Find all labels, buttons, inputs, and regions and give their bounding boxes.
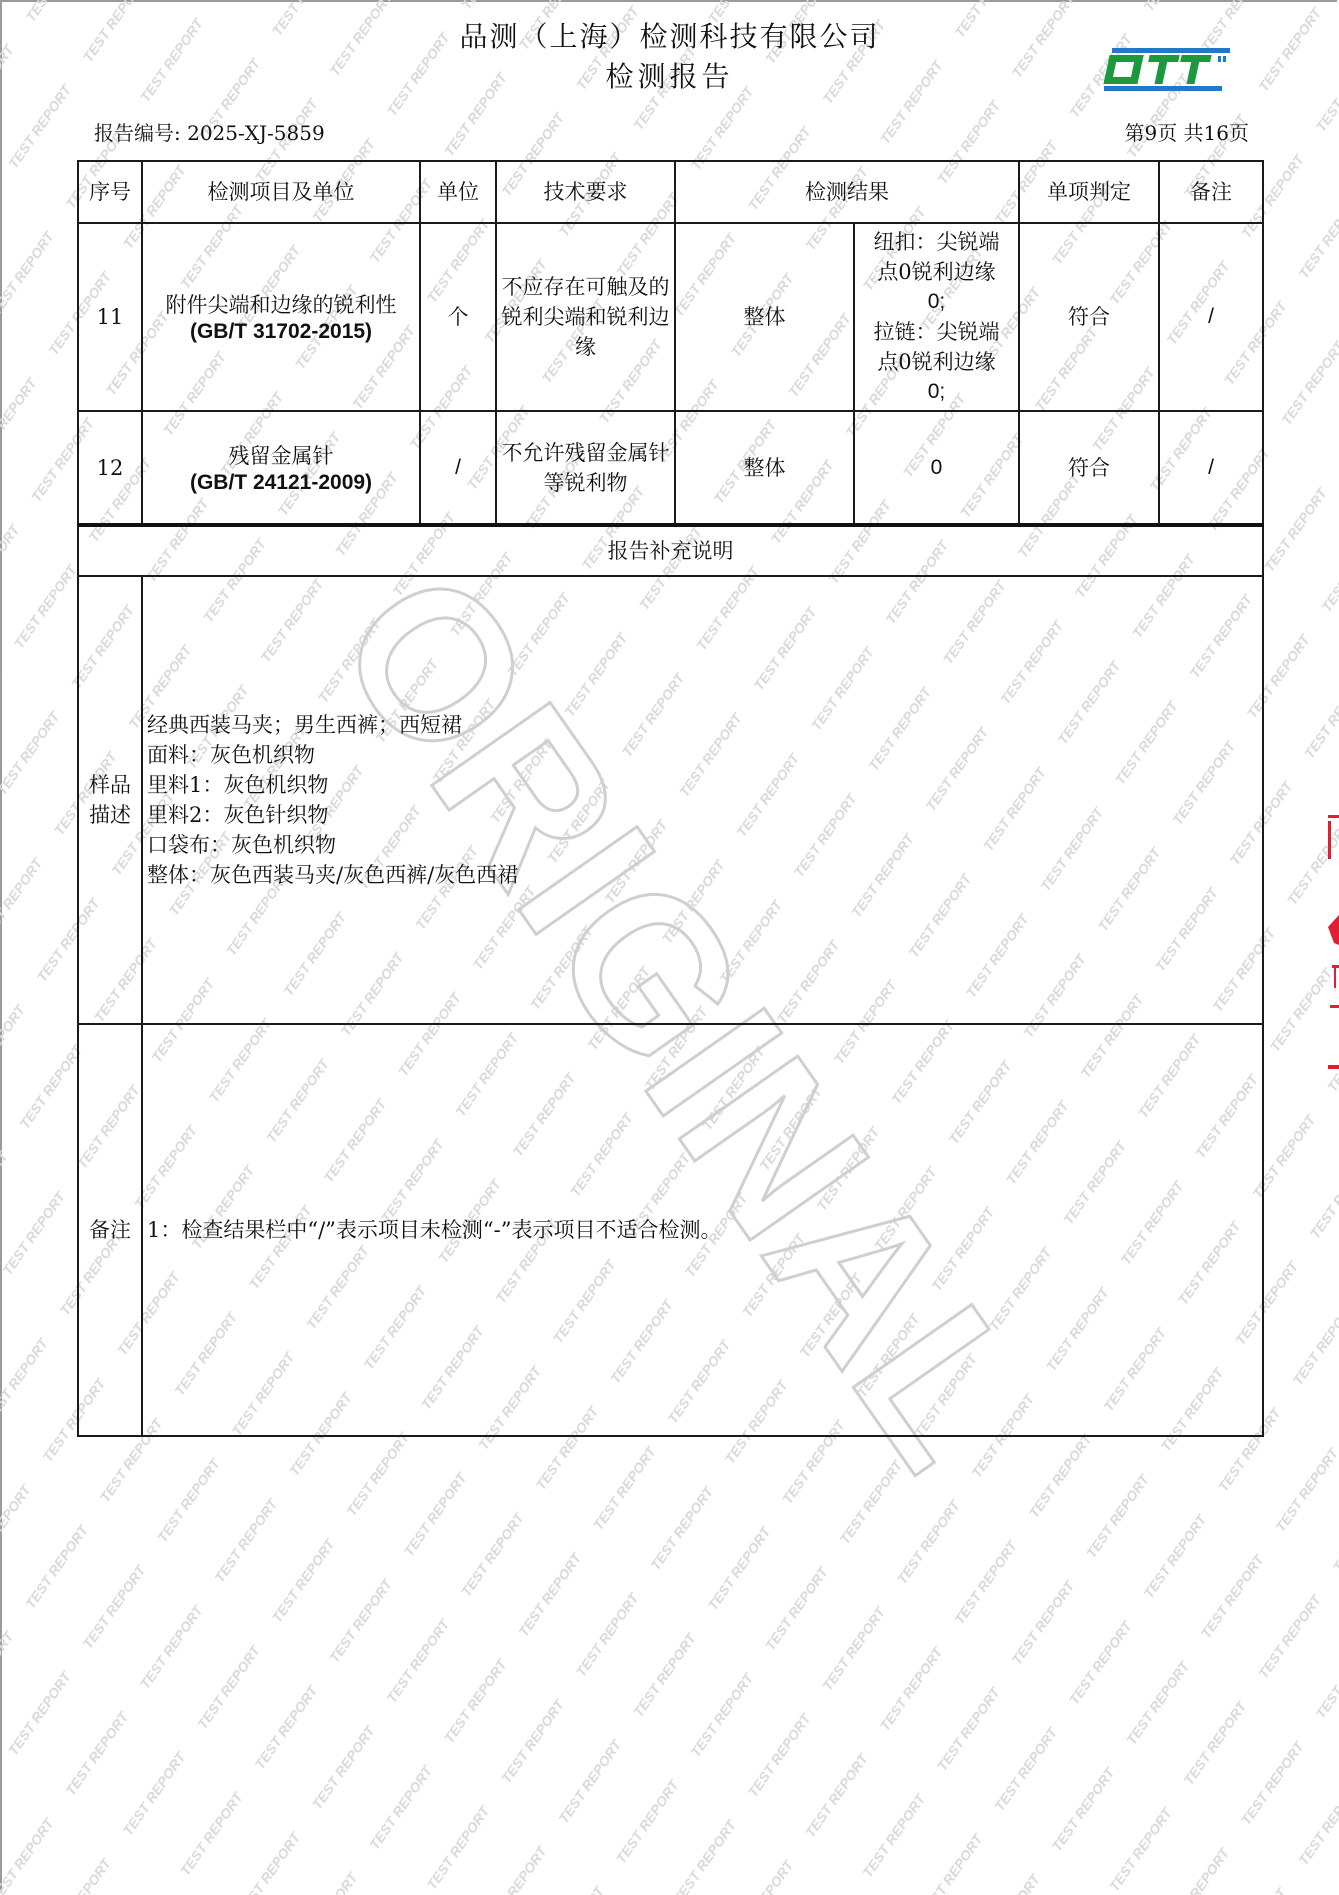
sample-label-line: 样品 — [79, 770, 141, 800]
sample-line: 里料1：灰色机织物 — [147, 770, 1262, 800]
result-line: 拉链：尖锐端 — [855, 317, 1018, 347]
sample-line: 口袋布：灰色机织物 — [147, 830, 1262, 860]
col-header-judgement: 单项判定 — [1019, 161, 1159, 223]
table-row: 11 附件尖端和边缘的锐利性 (GB/T 31702-2015) 个 不应存在可… — [78, 223, 1263, 411]
requirement-text: 不应存在可触及的锐利尖端和锐利边缘 — [497, 272, 674, 362]
item-name: 残留金属针 — [229, 444, 334, 468]
col-header-unit: 单位 — [420, 161, 496, 223]
col-header-requirement: 技术要求 — [496, 161, 675, 223]
sample-label-line: 描述 — [79, 800, 141, 830]
page-info: 第9页 共16页 — [1124, 120, 1249, 146]
row-remark: / — [1159, 411, 1263, 525]
item-name: 附件尖端和边缘的锐利性 — [166, 293, 397, 317]
sample-line: 经典西装马夹；男生西裤；西短裙 — [147, 710, 1262, 740]
result-line: 点0锐利边缘 — [855, 257, 1018, 287]
red-seal-fragment-icon — [1322, 815, 1339, 1075]
row-requirement: 不应存在可触及的锐利尖端和锐利边缘 — [496, 223, 675, 411]
test-results-table: 序号 检测项目及单位 单位 技术要求 检测结果 单项判定 备注 11 附件尖端和… — [77, 160, 1264, 1437]
supplement-header-row: 报告补充说明 — [78, 525, 1263, 576]
sample-line: 面料：灰色机织物 — [147, 740, 1262, 770]
notes-row: 备注 1：检查结果栏中“/”表示项目未检测“-”表示项目不适合检测。 — [78, 1024, 1263, 1436]
table-header-row: 序号 检测项目及单位 单位 技术要求 检测结果 单项判定 备注 — [78, 161, 1263, 223]
sample-line: 整体：灰色西装马夹/灰色西裤/灰色西裙 — [147, 860, 1262, 890]
row-judgement: 符合 — [1019, 411, 1159, 525]
row-requirement: 不允许残留金属针等锐利物 — [496, 411, 675, 525]
item-standard: (GB/T 31702-2015) — [143, 320, 419, 344]
sample-line: 里料2：灰色针织物 — [147, 800, 1262, 830]
report-number-label: 报告编号: — [94, 121, 181, 145]
sample-description-row: 样品 描述 经典西装马夹；男生西裤；西短裙 面料：灰色机织物 里料1：灰色机织物… — [78, 576, 1263, 1024]
row-result-detail: 纽扣：尖锐端 点0锐利边缘 0; 拉链：尖锐端 点0锐利边缘 0; — [854, 223, 1019, 411]
notes-label: 备注 — [78, 1024, 142, 1436]
item-standard: (GB/T 24121-2009) — [143, 471, 419, 495]
result-line: 纽扣：尖锐端 — [855, 227, 1018, 257]
row-remark: / — [1159, 223, 1263, 411]
sample-description: 经典西装马夹；男生西裤；西短裙 面料：灰色机织物 里料1：灰色机织物 里料2：灰… — [142, 576, 1263, 1024]
col-header-remark: 备注 — [1159, 161, 1263, 223]
row-result-detail: 0 — [854, 411, 1019, 525]
requirement-text: 不允许残留金属针等锐利物 — [497, 438, 674, 498]
row-no: 11 — [78, 223, 142, 411]
col-header-no: 序号 — [78, 161, 142, 223]
report-number-value: 2025-XJ-5859 — [187, 121, 325, 145]
result-line: 0; — [855, 287, 1018, 317]
qtt-logo-icon — [1098, 44, 1236, 96]
row-result-part: 整体 — [675, 411, 854, 525]
table-row: 12 残留金属针 (GB/T 24121-2009) / 不允许残留金属针等锐利… — [78, 411, 1263, 525]
row-result-part: 整体 — [675, 223, 854, 411]
report-number: 报告编号: 2025-XJ-5859 — [94, 120, 325, 146]
col-header-result: 检测结果 — [675, 161, 1019, 223]
result-line: 点0锐利边缘 — [855, 347, 1018, 377]
row-no: 12 — [78, 411, 142, 525]
row-judgement: 符合 — [1019, 223, 1159, 411]
result-line: 0; — [855, 377, 1018, 407]
row-item: 附件尖端和边缘的锐利性 (GB/T 31702-2015) — [142, 223, 420, 411]
sample-label: 样品 描述 — [78, 576, 142, 1024]
row-unit: / — [420, 411, 496, 525]
row-unit: 个 — [420, 223, 496, 411]
notes-text: 1：检查结果栏中“/”表示项目未检测“-”表示项目不适合检测。 — [142, 1024, 1263, 1436]
row-item: 残留金属针 (GB/T 24121-2009) — [142, 411, 420, 525]
supplement-title: 报告补充说明 — [78, 525, 1263, 576]
col-header-item: 检测项目及单位 — [142, 161, 420, 223]
